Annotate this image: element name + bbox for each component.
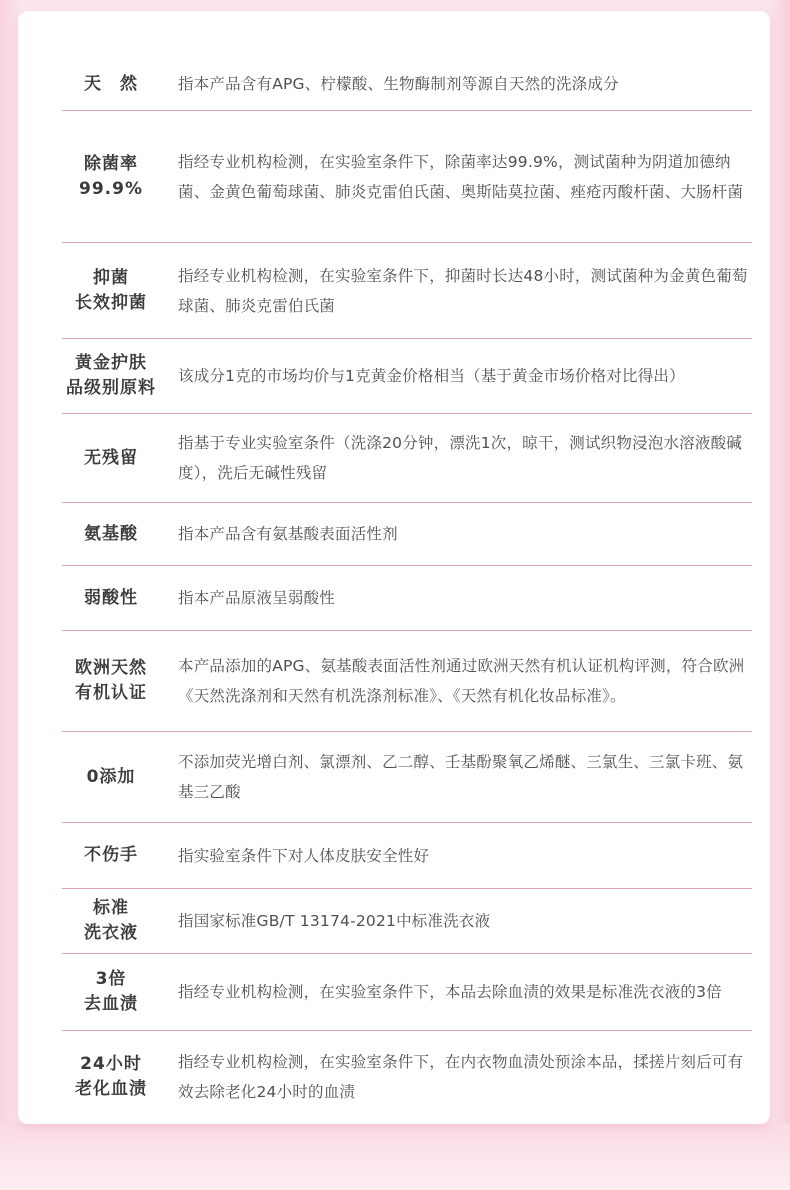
claim-label: 除菌率 99.9% [62, 152, 160, 202]
claim-label: 标准 洗衣液 [62, 896, 160, 946]
claim-row-zero-additives: 0添加 不添加荧光增白剂、氯漂剂、乙二醇、壬基酚聚氧乙烯醚、三氯生、三氯卡班、氨… [62, 732, 752, 823]
claim-label: 24小时 老化血渍 [62, 1052, 160, 1102]
claim-row-gentle-on-hands: 不伤手 指实验室条件下对人体皮肤安全性好 [62, 823, 752, 889]
claims-card: 天 然 指本产品含有APG、柠檬酸、生物酶制剂等源自天然的洗涤成分 除菌率 99… [18, 11, 770, 1124]
claim-description: 指本产品含有APG、柠檬酸、生物酶制剂等源自天然的洗涤成分 [178, 69, 752, 99]
claim-label: 无残留 [62, 446, 160, 471]
claim-label: 氨基酸 [62, 522, 160, 547]
claim-label: 不伤手 [62, 843, 160, 868]
claim-description: 本产品添加的APG、氨基酸表面活性剂通过欧洲天然有机认证机构评测，符合欧洲《天然… [178, 651, 752, 711]
claim-row-sterilization-rate: 除菌率 99.9% 指经专业机构检测，在实验室条件下，除菌率达99.9%，测试菌… [62, 111, 752, 243]
claims-table: 天 然 指本产品含有APG、柠檬酸、生物酶制剂等源自天然的洗涤成分 除菌率 99… [62, 58, 752, 1123]
claim-label: 弱酸性 [62, 586, 160, 611]
claim-description: 指基于专业实验室条件（洗涤20分钟，漂洗1次，晾干，测试织物浸泡水溶液酸碱度），… [178, 428, 752, 488]
claim-row-triple-blood-stain-removal: 3倍 去血渍 指经专业机构检测，在实验室条件下，本品去除血渍的效果是标准洗衣液的… [62, 954, 752, 1031]
claim-description: 指实验室条件下对人体皮肤安全性好 [178, 841, 752, 871]
background-right-edge [770, 0, 790, 1190]
claim-row-weak-acidic: 弱酸性 指本产品原液呈弱酸性 [62, 566, 752, 631]
claim-description: 指经专业机构检测，在实验室条件下，抑菌时长达48小时，测试菌种为金黄色葡萄球菌、… [178, 261, 752, 321]
claim-label: 抑菌 长效抑菌 [62, 266, 160, 316]
claim-row-aged-blood-stain: 24小时 老化血渍 指经专业机构检测，在实验室条件下，在内衣物血渍处预涂本品，揉… [62, 1031, 752, 1123]
claim-row-long-lasting-antibacterial: 抑菌 长效抑菌 指经专业机构检测，在实验室条件下，抑菌时长达48小时，测试菌种为… [62, 243, 752, 339]
claim-row-no-residue: 无残留 指基于专业实验室条件（洗涤20分钟，漂洗1次，晾干，测试织物浸泡水溶液酸… [62, 414, 752, 503]
claim-row-amino-acid: 氨基酸 指本产品含有氨基酸表面活性剂 [62, 503, 752, 566]
claim-description: 不添加荧光增白剂、氯漂剂、乙二醇、壬基酚聚氧乙烯醚、三氯生、三氯卡班、氨基三乙酸 [178, 747, 752, 807]
claim-description: 指国家标准GB/T 13174-2021中标准洗衣液 [178, 906, 752, 936]
claim-label: 0添加 [62, 765, 160, 790]
claim-row-natural: 天 然 指本产品含有APG、柠檬酸、生物酶制剂等源自天然的洗涤成分 [62, 58, 752, 111]
claim-description: 指经专业机构检测，在实验室条件下，本品去除血渍的效果是标准洗衣液的3倍 [178, 977, 752, 1007]
claim-description: 指本产品含有氨基酸表面活性剂 [178, 519, 752, 549]
claim-row-standard-detergent: 标准 洗衣液 指国家标准GB/T 13174-2021中标准洗衣液 [62, 889, 752, 954]
claim-description: 该成分1克的市场均价与1克黄金价格相当（基于黄金市场价格对比得出） [178, 361, 752, 391]
claim-description: 指本产品原液呈弱酸性 [178, 583, 752, 613]
claim-row-gold-skincare-ingredient: 黄金护肤 品级别原料 该成分1克的市场均价与1克黄金价格相当（基于黄金市场价格对… [62, 339, 752, 414]
claim-description: 指经专业机构检测，在实验室条件下，在内衣物血渍处预涂本品，揉搓片刻后可有效去除老… [178, 1047, 752, 1107]
claim-label: 黄金护肤 品级别原料 [62, 351, 160, 401]
claim-description: 指经专业机构检测，在实验室条件下，除菌率达99.9%，测试菌种为阴道加德纳菌、金… [178, 147, 752, 207]
background-bottom [0, 1124, 790, 1190]
background-left-edge [0, 0, 18, 1190]
claim-label: 天 然 [62, 72, 160, 97]
claim-label: 欧洲天然 有机认证 [62, 656, 160, 706]
claim-row-eu-organic-certification: 欧洲天然 有机认证 本产品添加的APG、氨基酸表面活性剂通过欧洲天然有机认证机构… [62, 631, 752, 732]
claim-label: 3倍 去血渍 [62, 967, 160, 1017]
